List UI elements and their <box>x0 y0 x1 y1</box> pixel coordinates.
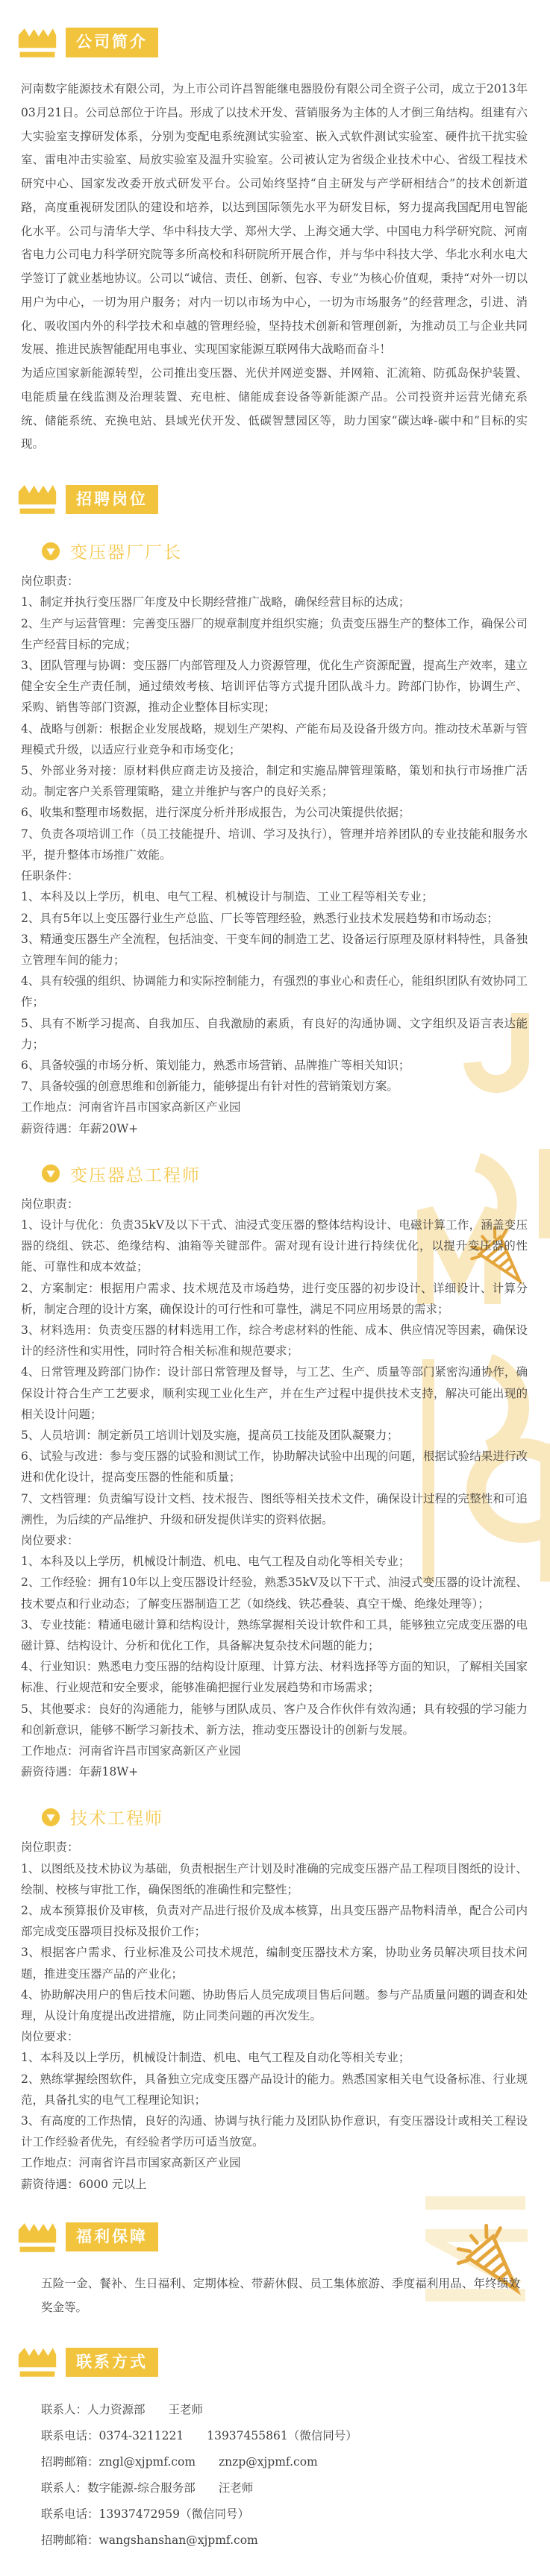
job-detail-line: 7、具备较强的创意思维和创新能力，能够提出有针对性的营销策划方案。 <box>21 1076 528 1097</box>
job-detail-line: 1、本科及以上学历，机械设计制造、机电、电气工程及自动化等相关专业； <box>21 2047 528 2068</box>
job-detail-line: 2、工作经验：拥有10年以上变压器设计经验，熟悉35kV及以下干式、油浸式变压器… <box>21 1572 528 1614</box>
section-header-company: 公司简介 <box>17 25 550 60</box>
contact-line: 招聘邮箱：wangshanshan@xjpmf.com <box>41 2528 528 2554</box>
contact-line: 联系电话：13937472959（微信同号） <box>41 2501 528 2528</box>
crown-icon <box>17 2345 57 2379</box>
crown-icon <box>17 25 57 60</box>
job-detail-line: 岗位职责： <box>21 571 528 592</box>
job-detail-line: 3、材料选用：负责变压器的材料选用工作，综合考虑材料的性能、成本、供应情况等因素… <box>21 1320 528 1361</box>
job-detail-line: 1、设计与优化：负责35kV及以下干式、油浸式变压器的整体结构设计、电磁计算工作… <box>21 1215 528 1278</box>
job-detail-line: 2、成本预算报价及审核，负责对产品进行报价及成本核算，出具变压器产品物料清单，配… <box>21 1900 528 1942</box>
job-detail-line: 5、外部业务对接：原材料供应商走访及接洽，制定和实施品牌管理策略，策划和执行市场… <box>21 760 528 802</box>
job-detail-line: 4、战略与创新：根据企业发展战略，规划生产架构、产能布局及设备升级方向。推动技术… <box>21 718 528 760</box>
job-detail-line: 6、收集和整理市场数据，进行深度分析并形成报告，为公司决策提供依据； <box>21 802 528 823</box>
job-title-row: 变压器厂厂长 <box>41 539 550 563</box>
job-title: 技术工程师 <box>70 1805 163 1829</box>
job-detail-line: 6、具备较强的市场分析、策划能力，熟悉市场营销、品牌推广等相关知识； <box>21 1055 528 1076</box>
job-detail-line: 工作地点：河南省许昌市国家高新区产业园 <box>21 2152 528 2173</box>
welfare-text: 五险一金、餐补、生日福利、定期体检、带薪休假、员工集体旅游、季度福利用品、年终绩… <box>41 2272 520 2320</box>
company-paragraph: 为适应国家新能源转型，公司推出变压器、光伏并网逆变器、并网箱、汇流箱、防孤岛保护… <box>21 362 528 457</box>
section-header-contact: 联系方式 <box>17 2345 550 2379</box>
job-title: 变压器厂厂长 <box>70 539 182 563</box>
company-paragraph: 河南数字能源技术有限公司，为上市公司许昌智能继电器股份有限公司全资子公司，成立于… <box>21 78 528 362</box>
job-detail-line: 4、具有较强的组织、协调能力和实际控制能力，有强烈的事业心和责任心，能组织团队有… <box>21 971 528 1012</box>
contact-line: 联系电话：0374-3211221 13937455861（微信同号） <box>41 2423 528 2449</box>
company-intro: 河南数字能源技术有限公司，为上市公司许昌智能继电器股份有限公司全资子公司，成立于… <box>21 78 528 457</box>
job-detail-line: 3、团队管理与协调：变压器厂内部管理及人力资源管理，优化生产资源配置，提高生产效… <box>21 655 528 718</box>
job-detail-line: 3、有高度的工作热情，良好的沟通、协调与执行能力及团队协作意识，有变压器设计或相… <box>21 2110 528 2152</box>
job-detail-lines: 岗位职责：1、设计与优化：负责35kV及以下干式、油浸式变压器的整体结构设计、电… <box>21 1194 528 1783</box>
section-company: 公司简介 河南数字能源技术有限公司，为上市公司许昌智能继电器股份有限公司全资子公… <box>0 25 550 457</box>
job-title: 变压器总工程师 <box>70 1162 201 1186</box>
job-detail-line: 任职条件： <box>21 865 528 886</box>
section-header-welfare: 福利保障 <box>17 2220 550 2254</box>
section-title-badge: 招聘岗位 <box>66 485 158 514</box>
job-title-row: 技术工程师 <box>41 1805 550 1829</box>
job-detail-line: 工作地点：河南省许昌市国家高新区产业园 <box>21 1097 528 1118</box>
section-welfare: 福利保障 五险一金、餐补、生日福利、定期体检、带薪休假、员工集体旅游、季度福利用… <box>0 2220 550 2320</box>
job-detail-line: 3、精通变压器生产全流程，包括油变、干变车间的制造工艺、设备运行原理及原材料特性… <box>21 929 528 971</box>
job-detail-line: 3、专业技能：精通电磁计算和结构设计，熟练掌握相关设计软件和工具，能够独立完成变… <box>21 1614 528 1656</box>
job-detail-line: 6、试验与改进：参与变压器的试验和测试工作，协助解决试验中出现的问题，根据试验结… <box>21 1446 528 1488</box>
crown-icon <box>17 2220 57 2254</box>
circle-down-triangle-icon <box>41 1808 60 1827</box>
job-detail-line: 1、以图纸及技术协议为基础，负责根据生产计划及时准确的完成变压器产品工程项目图纸… <box>21 1858 528 1900</box>
section-title-badge: 福利保障 <box>66 2222 158 2251</box>
job-detail-line: 5、具有不断学习提高、自我加压、自我激励的素质，有良好的沟通协调、文字组织及语言… <box>21 1013 528 1055</box>
job-detail-line: 4、行业知识：熟悉电力变压器的结构设计原理、计算方法、材料选择等方面的知识，了解… <box>21 1656 528 1698</box>
job-detail-line: 岗位要求： <box>21 2026 528 2047</box>
section-title-badge: 公司简介 <box>66 28 158 57</box>
section-recruit: 招聘岗位 变压器厂厂长 岗位职责：1、制定并执行变压器厂年度及中长期经营推广战略… <box>0 482 550 2195</box>
job-block-chief-engineer: 变压器总工程师 岗位职责：1、设计与优化：负责35kV及以下干式、油浸式变压器的… <box>0 1162 550 1783</box>
job-block-factory-director: 变压器厂厂长 岗位职责：1、制定并执行变压器厂年度及中长期经营推广战略，确保经营… <box>0 539 550 1138</box>
job-title-row: 变压器总工程师 <box>41 1162 550 1186</box>
job-detail-lines: 岗位职责：1、以图纸及技术协议为基础，负责根据生产计划及时准确的完成变压器产品工… <box>21 1837 528 2194</box>
section-header-recruit: 招聘岗位 <box>17 482 550 516</box>
job-detail-line: 3、根据客户需求、行业标准及公司技术规范，编制变压器技术方案，协助业务员解决项目… <box>21 1942 528 1984</box>
job-detail-line: 4、协助解决用户的售后技术问题、协助售后人员完成项目售后问题。参与产品质量问题的… <box>21 1984 528 2026</box>
job-detail-line: 2、具有5年以上变压器行业生产总监、厂长等管理经验，熟悉行业技术发展趋势和市场动… <box>21 908 528 929</box>
contact-info: 联系人：人力资源部 王老师联系电话：0374-3211221 139374558… <box>41 2397 528 2553</box>
section-title-badge: 联系方式 <box>66 2348 158 2377</box>
contact-line: 联系人：人力资源部 王老师 <box>41 2397 528 2423</box>
job-detail-line: 岗位职责： <box>21 1194 528 1215</box>
job-detail-line: 5、人员培训：制定新员工培训计划及实施，提高员工技能及团队凝聚力； <box>21 1425 528 1446</box>
job-detail-line: 薪资待遇：年薪18W+ <box>21 1761 528 1782</box>
job-detail-line: 1、制定并执行变压器厂年度及中长期经营推广战略，确保经营目标的达成； <box>21 592 528 612</box>
crown-icon <box>17 482 57 516</box>
job-detail-line: 薪资待遇：年薪20W+ <box>21 1118 528 1139</box>
job-detail-line: 岗位要求： <box>21 1530 528 1551</box>
job-detail-line: 2、方案制定：根据用户需求、技术规范及市场趋势，进行变压器的初步设计、详细设计、… <box>21 1278 528 1320</box>
job-detail-line: 岗位职责： <box>21 1837 528 1858</box>
job-detail-line: 工作地点：河南省许昌市国家高新区产业园 <box>21 1740 528 1761</box>
job-detail-line: 5、其他要求：良好的沟通能力，能够与团队成员、客户及合作伙伴有效沟通；具有较强的… <box>21 1699 528 1740</box>
job-detail-line: 7、文档管理：负责编写设计文档、技术报告、图纸等相关技术文件，确保设计过程的完整… <box>21 1488 528 1530</box>
job-detail-line: 4、日常管理及跨部门协作：设计部日常管理及督导，与工艺、生产、质量等部门紧密沟通… <box>21 1361 528 1425</box>
job-detail-lines: 岗位职责：1、制定并执行变压器厂年度及中长期经营推广战略，确保经营目标的达成；2… <box>21 571 528 1138</box>
section-contact: 联系方式 联系人：人力资源部 王老师联系电话：0374-3211221 1393… <box>0 2345 550 2553</box>
job-block-technical-engineer: 技术工程师 岗位职责：1、以图纸及技术协议为基础，负责根据生产计划及时准确的完成… <box>0 1805 550 2194</box>
contact-line: 联系人：数字能源-综合服务部 汪老师 <box>41 2475 528 2501</box>
job-detail-line: 2、熟练掌握绘图软件，具备独立完成变压器产品设计的能力。熟悉国家相关电气设备标准… <box>21 2069 528 2110</box>
job-posting-page: 公司简介 河南数字能源技术有限公司，为上市公司许昌智能继电器股份有限公司全资子公… <box>0 0 550 2576</box>
job-detail-line: 1、本科及以上学历，机电、电气工程、机械设计与制造、工业工程等相关专业； <box>21 886 528 907</box>
job-detail-line: 7、负责各项培训工作（员工技能提升、培训、学习及执行），管理并培养团队的专业技能… <box>21 824 528 865</box>
welfare-paragraph: 五险一金、餐补、生日福利、定期体检、带薪休假、员工集体旅游、季度福利用品、年终绩… <box>41 2272 520 2320</box>
contact-line: 招聘邮箱：zngl@xjpmf.com znzp@xjpmf.com <box>41 2449 528 2475</box>
job-detail-line: 薪资待遇：6000 元以上 <box>21 2174 528 2195</box>
circle-down-triangle-icon <box>41 1164 60 1183</box>
circle-down-triangle-icon <box>41 542 60 561</box>
job-detail-line: 2、生产与运营管理：完善变压器厂的规章制度并组织实施；负责变压器生产的整体工作，… <box>21 613 528 655</box>
job-detail-line: 1、本科及以上学历，机械设计制造、机电、电气工程及自动化等相关专业； <box>21 1551 528 1572</box>
